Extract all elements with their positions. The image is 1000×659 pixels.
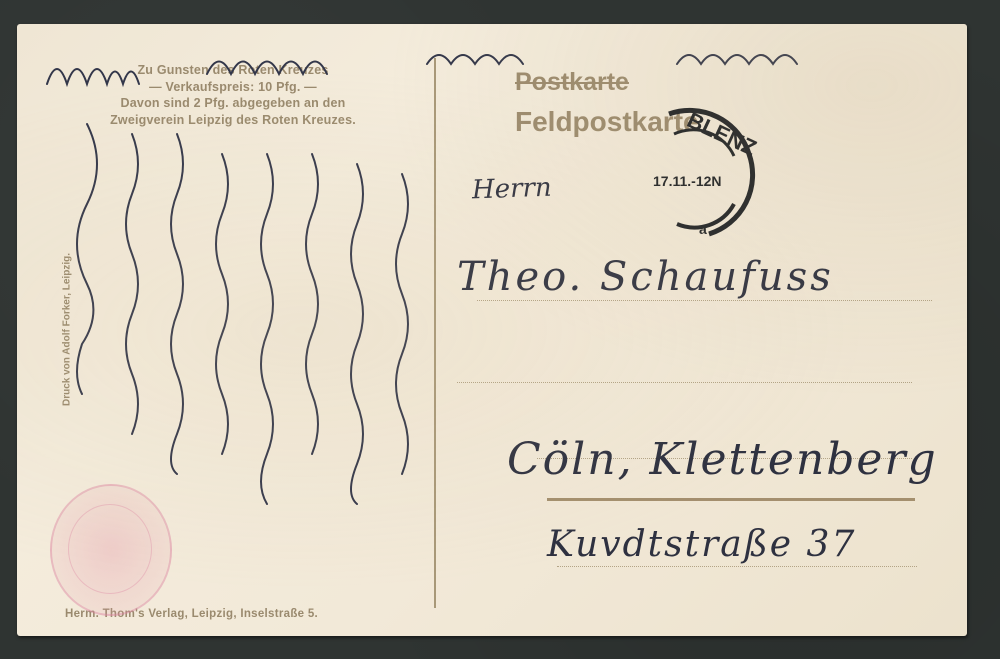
- handwritten-message-strokes: [17, 24, 967, 636]
- postcard: Zu Gunsten des Roten Kreuzes — Verkaufsp…: [17, 24, 967, 636]
